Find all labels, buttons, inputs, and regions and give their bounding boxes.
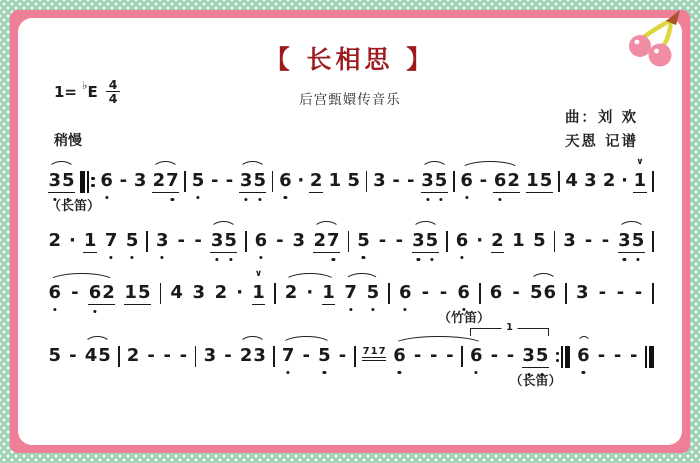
music-line-3: 6-6215432·1∨2·1756--66-563---（竹笛） (48, 282, 654, 308)
slur-arc (152, 161, 179, 170)
note-token: 3 (192, 282, 206, 304)
duration-dash: - (225, 170, 234, 192)
slur-arc (281, 336, 332, 345)
bar-line (652, 231, 654, 252)
slur-arc (284, 273, 336, 282)
tempo-marking: 稍慢 (54, 130, 82, 150)
note-token: 3 (203, 345, 217, 367)
note-digit-low-octave: 5 (125, 230, 139, 252)
breath-mark: ∨ (636, 158, 643, 167)
dotted-rhythm-dot: · (306, 282, 313, 304)
bar-line (652, 283, 654, 304)
note-digit: 3 (292, 230, 306, 252)
note-digit: 1 (512, 230, 526, 252)
music-line-4: 5-452---3-237-5-7176---6--356---1（长笛） (48, 345, 654, 371)
duration-dash: - (597, 345, 606, 367)
bar-line (348, 231, 350, 252)
note-digit-low-octave: 7 (281, 345, 295, 367)
note-digit: 1 (370, 347, 378, 357)
note-token: 7 (104, 230, 118, 252)
note-digit: 2 (313, 230, 327, 252)
duration-dash: - (391, 170, 400, 192)
note-token: 5 (366, 282, 380, 304)
note-digit: 3 (584, 170, 598, 192)
slur-arc (48, 161, 75, 170)
note-digit-low-octave: 6 (88, 282, 102, 304)
note-digit: 1 (252, 282, 266, 304)
note-token: 2 (126, 345, 140, 367)
time-signature: 4 4 (106, 78, 121, 105)
note-token: 6 (48, 282, 62, 304)
key-text: 1= ♭E (54, 83, 98, 101)
dotted-rhythm-dot: · (297, 170, 304, 192)
repeat-start-sign (80, 171, 94, 194)
note-digit: 6 (489, 282, 503, 304)
note-token: 6 (254, 230, 268, 252)
note-digit: 5 (539, 170, 553, 192)
note-digit: 1 (526, 170, 540, 192)
note-token: 1 (328, 170, 342, 192)
note-digit-low-octave: 3 (239, 170, 253, 192)
duration-dash: - (210, 170, 219, 192)
bar-line (184, 171, 186, 192)
note-token: 35 (48, 170, 75, 193)
note-token: 5 (48, 345, 62, 367)
duration-dash: - (511, 282, 520, 304)
note-token: 2 (214, 282, 228, 304)
breath-mark: ∨ (255, 270, 262, 279)
note-token: 35 (210, 230, 237, 253)
note-digit: 3 (575, 282, 589, 304)
note-digit: 4 (170, 282, 184, 304)
note-digit: 3 (373, 170, 387, 192)
slur-arc (618, 221, 645, 230)
music-sheet: 356-3275--356·2153--356-6215432·1∨（长笛）2·… (48, 170, 654, 371)
note-token: 3 (373, 170, 387, 192)
note-token: 35 (618, 230, 645, 253)
note-token: 35 (421, 170, 448, 193)
note-digit: 3 (133, 170, 147, 192)
bar-line (652, 171, 654, 192)
note-digit-low-octave: 6 (493, 170, 507, 192)
note-digit: 2 (102, 282, 116, 304)
dotted-rhythm-dot: · (476, 230, 483, 252)
note-token: 27 (313, 230, 340, 253)
duration-dash: - (479, 170, 488, 192)
flat-sign: ♭ (82, 79, 87, 92)
note-digit-low-octave: 3 (155, 230, 169, 252)
duration-dash: - (601, 230, 610, 252)
duration-dash: - (70, 282, 79, 304)
sheet-card: 【 长相思 】 后宫甄嬛传音乐 1= ♭E 4 4 稍慢 曲：刘 欢 天恩 记谱… (18, 18, 682, 445)
slur-arc (577, 336, 591, 345)
slur-arc (530, 273, 557, 282)
slur-arc (421, 161, 448, 170)
note-token: 7 (344, 282, 358, 304)
note-digit: 3 (253, 345, 267, 367)
bar-line (554, 231, 556, 252)
note-digit-low-octave: 5 (191, 170, 205, 192)
note-digit: 1 (124, 282, 138, 304)
note-token: 2 (309, 170, 323, 193)
note-digit: 2 (602, 170, 616, 192)
instrument-label: （竹笛） (438, 307, 490, 326)
slur-arc (412, 221, 439, 230)
dotted-rhythm-dot: · (236, 282, 243, 304)
note-token: 35 (412, 230, 439, 253)
note-token: 6 (460, 170, 474, 192)
note-token: 15 (124, 282, 151, 305)
note-token: 1 (322, 282, 336, 305)
dotted-rhythm-dot: · (621, 170, 628, 192)
note-token: 5 (357, 230, 371, 252)
duration-dash: - (378, 230, 387, 252)
note-token: 6 (455, 230, 469, 252)
note-digit: 5 (98, 345, 112, 367)
instrument-label: （长笛） (510, 370, 562, 389)
note-token: 2 (284, 282, 298, 304)
note-token: 3 (292, 230, 306, 252)
note-digit-low-octave: 5 (357, 230, 371, 252)
note-token: 6 (457, 282, 471, 304)
ending-number: 1 (501, 323, 518, 333)
duration-dash: - (429, 345, 438, 367)
note-digit-low-octave: 6 (577, 345, 591, 367)
note-digit-low-octave: 3 (48, 170, 62, 192)
note-digit-low-octave: 3 (412, 230, 426, 252)
first-ending-bracket: 1 (470, 328, 549, 336)
note-token: 62 (88, 282, 115, 305)
duration-dash: - (584, 230, 593, 252)
note-token: 62 (493, 170, 520, 193)
note-digit: 2 (284, 282, 298, 304)
slur-arc (344, 273, 380, 282)
note-digit: 2 (152, 170, 166, 192)
bar-line (272, 171, 274, 192)
note-token: 6 (470, 345, 484, 367)
note-digit: 5 (533, 230, 547, 252)
note-digit: 6 (543, 282, 557, 304)
note-digit: 4 (84, 345, 98, 367)
transcriber-credit: 天恩 记谱 (565, 130, 638, 151)
note-digit-low-octave: 6 (254, 230, 268, 252)
note-token: 27 (152, 170, 179, 193)
duration-dash: - (445, 345, 454, 367)
note-digit-low-octave: 7 (166, 170, 180, 192)
note-token: 23 (239, 345, 266, 367)
note-digit-low-octave: 5 (318, 345, 332, 367)
note-token: 2 (491, 230, 505, 253)
note-token: 1 (83, 230, 97, 253)
duration-dash: - (275, 230, 284, 252)
duration-dash: - (406, 170, 415, 192)
note-digit-low-octave: 7 (104, 230, 118, 252)
note-digit: 4 (565, 170, 579, 192)
bar-line (354, 346, 356, 367)
note-digit: 2 (239, 345, 253, 367)
note-digit-low-octave: 5 (425, 230, 439, 252)
note-digit-low-octave: 6 (100, 170, 114, 192)
note-digit: 1 (633, 170, 647, 192)
note-digit-low-octave: 5 (631, 230, 645, 252)
note-digit-low-octave: 6 (399, 282, 413, 304)
note-digit: 2 (491, 230, 505, 252)
duration-dash: - (506, 345, 515, 367)
note-digit: 1 (83, 230, 97, 252)
note-token: 6 (399, 282, 413, 304)
bar-line (146, 231, 148, 252)
bar-line (388, 283, 390, 304)
note-token: 35 (522, 345, 549, 368)
note-digit-low-octave: 7 (344, 282, 358, 304)
note-digit-low-octave: 6 (457, 282, 471, 304)
slur-arc (84, 336, 111, 345)
duration-dash: - (421, 282, 430, 304)
slur-arc (239, 161, 266, 170)
bar-line (479, 283, 481, 304)
note-digit-low-octave: 5 (62, 170, 76, 192)
note-token: 6 (577, 345, 591, 367)
note-digit: 3 (563, 230, 577, 252)
duration-dash: - (176, 230, 185, 252)
note-digit: 5 (530, 282, 544, 304)
note-token: 4 (170, 282, 184, 304)
bar-line (565, 283, 567, 304)
slur-arc (48, 273, 115, 282)
note-token: 1∨ (633, 170, 647, 193)
duration-dash: - (616, 282, 625, 304)
duration-dash: - (338, 345, 347, 367)
duration-dash: - (613, 345, 622, 367)
bar-line (273, 346, 275, 367)
note-digit-low-octave: 6 (470, 345, 484, 367)
note-token: 6 (279, 170, 293, 192)
note-digit: 5 (137, 282, 151, 304)
note-digit: 5 (48, 345, 62, 367)
final-barline (645, 346, 654, 369)
bar-line (118, 346, 120, 367)
note-digit: 2 (126, 345, 140, 367)
duration-dash: - (146, 345, 155, 367)
bar-line (558, 171, 560, 192)
note-digit-low-octave: 3 (210, 230, 224, 252)
note-token: 5 (533, 230, 547, 252)
slur-arc (460, 161, 520, 170)
note-digit: 1 (328, 170, 342, 192)
instrument-label: （长笛） (48, 195, 100, 214)
note-token: 3 (155, 230, 169, 252)
note-digit-low-octave: 6 (48, 282, 62, 304)
note-token: 1 (512, 230, 526, 252)
note-token: 3 (575, 282, 589, 304)
note-digit-low-octave: 6 (455, 230, 469, 252)
note-digit: 2 (48, 230, 62, 252)
note-digit: 3 (203, 345, 217, 367)
duration-dash: - (634, 282, 643, 304)
duration-dash: - (395, 230, 404, 252)
slur-arc (313, 221, 340, 230)
note-token: 5 (318, 345, 332, 367)
note-token: 56 (530, 282, 557, 304)
note-token: 5 (191, 170, 205, 192)
note-token: 3 (563, 230, 577, 252)
polka-dot-border: 【 长相思 】 后宫甄嬛传音乐 1= ♭E 4 4 稍慢 曲：刘 欢 天恩 记谱… (0, 0, 700, 463)
note-token: 15 (526, 170, 553, 193)
duration-dash: - (163, 345, 172, 367)
bar-line (366, 171, 368, 192)
page-title: 【 长相思 】 (18, 40, 682, 76)
note-digit-low-octave: 6 (279, 170, 293, 192)
note-digit: 2 (507, 170, 521, 192)
bar-line (274, 283, 276, 304)
note-token: 5 (125, 230, 139, 252)
note-digit: 3 (192, 282, 206, 304)
note-digit-low-octave: 5 (535, 345, 549, 367)
note-token: 7 (281, 345, 295, 367)
note-digit-low-octave: 5 (253, 170, 267, 192)
duration-dash: - (629, 345, 638, 367)
note-token: 6 (489, 282, 503, 304)
duration-dash: - (68, 345, 77, 367)
bar-line (461, 346, 463, 367)
dotted-rhythm-dot: · (69, 230, 76, 252)
duration-dash: - (490, 345, 499, 367)
duration-dash: - (301, 345, 310, 367)
note-token: 1∨ (252, 282, 266, 305)
note-digit: 2 (309, 170, 323, 192)
bar-line (446, 231, 448, 252)
composer-credit: 曲：刘 欢 (565, 106, 638, 127)
note-digit-low-octave: 6 (460, 170, 474, 192)
note-digit: 1 (322, 282, 336, 304)
note-digit-low-octave: 5 (366, 282, 380, 304)
duration-dash: - (413, 345, 422, 367)
duration-dash: - (179, 345, 188, 367)
slur-arc (210, 221, 237, 230)
bar-line (453, 171, 455, 192)
note-token: 3 (133, 170, 147, 192)
note-digit-low-octave: 7 (327, 230, 341, 252)
note-digit: 5 (347, 170, 361, 192)
note-token: 3 (584, 170, 598, 192)
note-token: 45 (84, 345, 111, 367)
note-digit-low-octave: 6 (393, 345, 407, 367)
bar-line (245, 231, 247, 252)
note-digit: 7 (378, 347, 386, 357)
note-digit-low-octave: 3 (618, 230, 632, 252)
music-line-1: 356-3275--356·2153--356-6215432·1∨（长笛） (48, 170, 654, 196)
note-token: 35 (239, 170, 266, 193)
note-digit-low-octave: 5 (224, 230, 238, 252)
key-signature: 1= ♭E 4 4 (54, 78, 120, 105)
bar-line (195, 346, 197, 367)
duration-dash: - (598, 282, 607, 304)
note-digit: 7 (362, 347, 370, 357)
duration-dash: - (119, 170, 128, 192)
note-token: 2 (48, 230, 62, 252)
duration-dash: - (223, 345, 232, 367)
duration-dash: - (193, 230, 202, 252)
note-token: 5 (347, 170, 361, 192)
note-token: 2 (602, 170, 616, 192)
note-digit-low-octave: 3 (522, 345, 536, 367)
bar-line (160, 283, 162, 304)
duration-dash: - (439, 282, 448, 304)
music-line-2: 2·1753--356-3275--356·2153--35 (48, 230, 654, 256)
repeat-end-sign (556, 346, 570, 369)
grace-notes: 717 (362, 347, 386, 361)
note-digit-low-octave: 5 (434, 170, 448, 192)
slur-arc (239, 336, 266, 345)
note-token: 6 (100, 170, 114, 192)
note-digit: 2 (214, 282, 228, 304)
slur-arc (393, 336, 484, 345)
note-token: 6 (393, 345, 407, 367)
note-digit-low-octave: 3 (421, 170, 435, 192)
note-token: 4 (565, 170, 579, 192)
